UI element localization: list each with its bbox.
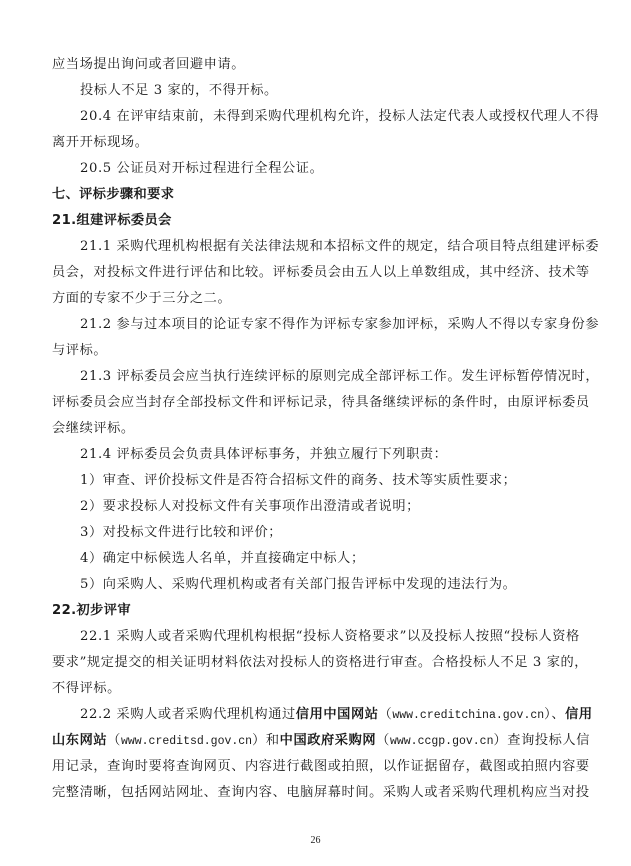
url-creditsd: www.creditsd.gov.cn [121, 735, 252, 748]
document-page: 应当场提出询问或者回避申请。 投标人不足 3 家的，不得开标。 20.4 在评审… [52, 52, 579, 806]
text: （ [379, 707, 393, 722]
list-item: 4）确定中标候选人名单，并直接确定中标人； [52, 546, 579, 572]
list-item: 3）对投标文件进行比较和评价； [52, 520, 579, 546]
site-name-creditsd: 信用 [565, 707, 593, 722]
text-line: 不得评标。 [52, 676, 579, 702]
text-line: 方面的专家不少于三分之二。 [52, 286, 579, 312]
text: ）、 [544, 707, 565, 722]
url-ccgp: www.ccgp.gov.cn [390, 735, 494, 748]
text: ）查询投标人信 [494, 733, 591, 748]
text-line: 20.5 公证员对开标过程进行全程公证。 [52, 156, 579, 182]
site-name-creditsd: 山东网站 [52, 733, 107, 748]
list-item: 5）向采购人、采购代理机构或者有关部门报告评标中发现的违法行为。 [52, 572, 579, 598]
text-line: 离开开标现场。 [52, 130, 579, 156]
text: （ [376, 733, 390, 748]
text-line: 21.1 采购代理机构根据有关法律法规和本招标文件的规定，结合项目特点组建评标委 [52, 234, 579, 260]
text-line: 与评标。 [52, 338, 579, 364]
text-line: 山东网站（www.creditsd.gov.cn）和中国政府采购网（www.cc… [52, 728, 579, 754]
text: ）和 [252, 733, 280, 748]
site-name-ccgp: 中国政府采购网 [280, 733, 377, 748]
text-line: 21.4 评标委员会负责具体评标事务，并独立履行下列职责： [52, 442, 579, 468]
text-line: 完整清晰，包括网站网址、查询内容、电脑屏幕时间。采购人或者采购代理机构应当对投 [52, 780, 579, 806]
subsection-heading: 21.组建评标委员会 [52, 208, 579, 234]
text-line: 投标人不足 3 家的，不得开标。 [52, 78, 579, 104]
text-line: 21.3 评标委员会应当执行连续评标的原则完成全部评标工作。发生评标暂停情况时， [52, 364, 579, 390]
page-number: 26 [0, 835, 631, 846]
text-line: 22.1 采购人或者采购代理机构根据“投标人资格要求”以及投标人按照“投标人资格 [52, 624, 579, 650]
url-creditchina: www.creditchina.gov.cn [392, 709, 544, 722]
text: 22.2 采购人或者采购代理机构通过 [80, 707, 296, 722]
section-heading: 七、评标步骤和要求 [52, 182, 579, 208]
text-line: 员会，对投标文件进行评估和比较。评标委员会由五人以上单数组成，其中经济、技术等 [52, 260, 579, 286]
text-line: 会继续评标。 [52, 416, 579, 442]
list-item: 2）要求投标人对投标文件有关事项作出澄清或者说明； [52, 494, 579, 520]
text: （ [107, 733, 121, 748]
text-line: 要求”规定提交的相关证明材料依法对投标人的资格进行审查。合格投标人不足 3 家的… [52, 650, 579, 676]
site-name-creditchina: 信用中国网站 [296, 707, 379, 722]
text-line: 21.2 参与过本项目的论证专家不得作为评标专家参加评标，采购人不得以专家身份参 [52, 312, 579, 338]
text-line: 用记录，查询时要将查询网页、内容进行截图或拍照，以作证据留存，截图或拍照内容要 [52, 754, 579, 780]
text-line: 应当场提出询问或者回避申请。 [52, 52, 579, 78]
list-item: 1）审查、评价投标文件是否符合招标文件的商务、技术等实质性要求； [52, 468, 579, 494]
text-line: 评标委员会应当封存全部投标文件和评标记录，待具备继续评标的条件时，由原评标委员 [52, 390, 579, 416]
text-line: 20.4 在评审结束前，未得到采购代理机构允许，投标人法定代表人或授权代理人不得 [52, 104, 579, 130]
text-line: 22.2 采购人或者采购代理机构通过信用中国网站（www.creditchina… [52, 702, 579, 728]
subsection-heading: 22.初步评审 [52, 598, 579, 624]
